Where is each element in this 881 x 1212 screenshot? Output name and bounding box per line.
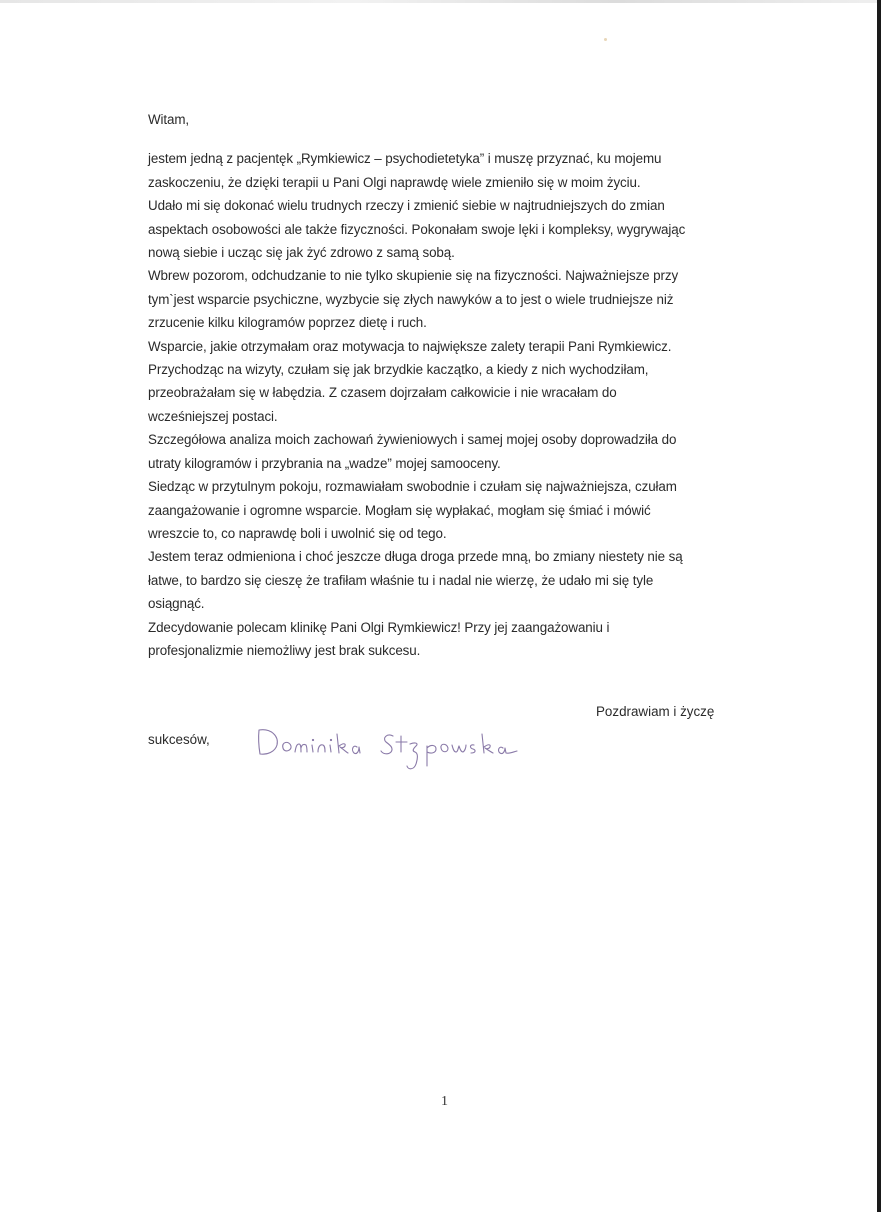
closing-text: Pozdrawiam i życzę xyxy=(596,704,714,719)
body-line: Siedząc w przytulnym pokoju, rozmawiałam… xyxy=(148,475,828,498)
body-line: nową siebie i ucząc się jak żyć zdrowo z… xyxy=(148,241,828,264)
greeting: Witam, xyxy=(148,108,828,131)
body-line: Wsparcie, jakie otrzymałam oraz motywacj… xyxy=(148,335,828,358)
scan-right-edge xyxy=(877,0,881,1212)
page-number: 1 xyxy=(441,1094,448,1110)
body-line: wcześniejszej postaci. xyxy=(148,405,828,428)
scan-top-edge xyxy=(0,0,881,3)
body-line: Przychodząc na wizyty, czułam się jak br… xyxy=(148,358,828,381)
body-line: łatwe, to bardzo się cieszę że trafiłam … xyxy=(148,569,828,592)
body-line: Udało mi się dokonać wielu trudnych rzec… xyxy=(148,194,828,217)
body-line: Jestem teraz odmieniona i choć jeszcze d… xyxy=(148,545,828,568)
body-line: osiągnąć. xyxy=(148,592,828,615)
body-line: zaangażowanie i ogromne wsparcie. Mogłam… xyxy=(148,499,828,522)
body-line: aspektach osobowości ale także fizycznoś… xyxy=(148,218,828,241)
scan-speck xyxy=(604,38,607,41)
body-line: Zdecydowanie polecam klinikę Pani Olgi R… xyxy=(148,616,828,639)
body-paragraphs: jestem jedną z pacjentęk „Rymkiewicz – p… xyxy=(148,147,828,662)
body-line: Szczegółowa analiza moich zachowań żywie… xyxy=(148,428,828,451)
body-line: utraty kilogramów i przybrania na „wadze… xyxy=(148,452,828,475)
signoff-text: sukcesów, xyxy=(148,732,210,747)
body-line: zaskoczeniu, że dzięki terapii u Pani Ol… xyxy=(148,171,828,194)
body-line: profesjonalizmie niemożliwy jest brak su… xyxy=(148,639,828,662)
body-line: zrzucenie kilku kilogramów poprzez dietę… xyxy=(148,311,828,334)
body-line: Wbrew pozorom, odchudzanie to nie tylko … xyxy=(148,264,828,287)
body-line: przeobrażałam się w łabędzia. Z czasem d… xyxy=(148,381,828,404)
handwritten-signature xyxy=(255,718,545,778)
letter-body: Witam, jestem jedną z pacjentęk „Rymkiew… xyxy=(148,108,828,662)
body-line: tym`jest wsparcie psychiczne, wyzbycie s… xyxy=(148,288,828,311)
body-line: wreszcie to, co naprawdę boli i uwolnić … xyxy=(148,522,828,545)
body-line: jestem jedną z pacjentęk „Rymkiewicz – p… xyxy=(148,147,828,170)
